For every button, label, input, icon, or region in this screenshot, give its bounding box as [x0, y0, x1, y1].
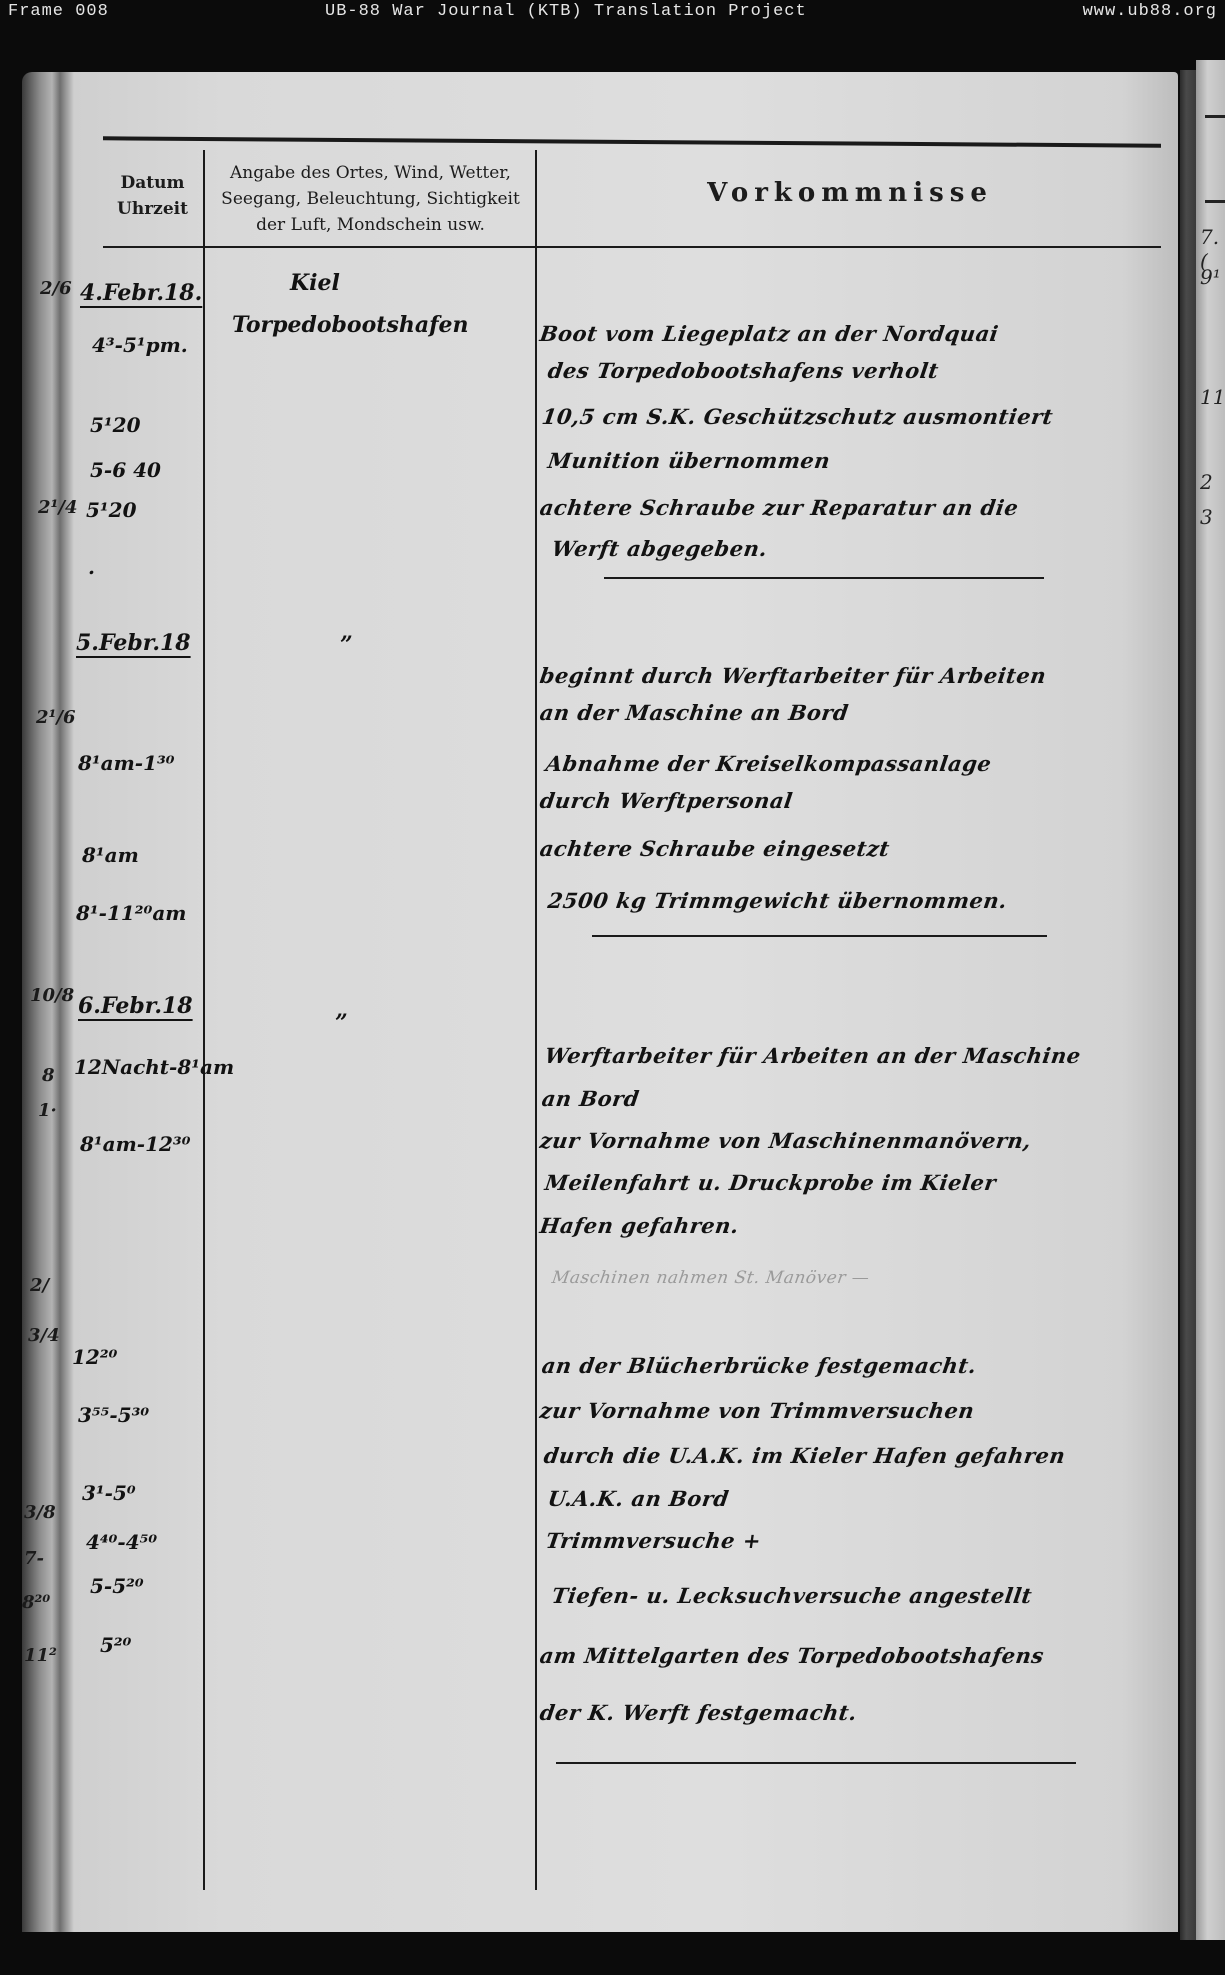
margin-note: 10/8 — [30, 985, 74, 1006]
next-page-fragment: 2 — [1200, 470, 1213, 494]
event-line: Hafen gefahren. — [538, 1213, 740, 1238]
column-header-place: Angabe des Ortes, Wind, Wetter, Seegang,… — [208, 160, 533, 238]
next-page-fragment: 11 — [1200, 385, 1225, 409]
entry-time: 8¹-11²⁰am — [76, 901, 186, 925]
margin-note: 11² — [24, 1645, 57, 1666]
entry-time: 3⁵⁵-5³⁰ — [78, 1403, 149, 1427]
column-divider-place — [535, 150, 537, 1890]
entry-time: 8¹am-1³⁰ — [78, 751, 175, 775]
event-line: U.A.K. an Bord — [546, 1486, 730, 1511]
event-line: achtere Schraube eingesetzt — [538, 836, 891, 861]
margin-note: 1· — [38, 1100, 57, 1121]
margin-note: 3/4 — [28, 1325, 60, 1346]
frame-header-bar: Frame 008 UB-88 War Journal (KTB) Transl… — [0, 0, 1225, 28]
event-line: durch die U.A.K. im Kieler Hafen gefahre… — [542, 1443, 1067, 1468]
entry-separator — [556, 1762, 1076, 1764]
margin-note: 2/ — [30, 1275, 49, 1296]
frame-number: Frame 008 — [8, 2, 109, 21]
entry-time: 8¹am-12³⁰ — [80, 1132, 190, 1156]
entry-time: 5²⁰ — [100, 1633, 131, 1657]
event-line: Munition übernommen — [546, 448, 832, 473]
entry-time: . — [88, 555, 95, 579]
entry-place: Kiel — [290, 270, 340, 296]
event-line: Trimmversuche + — [544, 1528, 763, 1553]
event-line: Meilenfahrt u. Druckprobe im Kieler — [543, 1170, 998, 1195]
book-binding — [1180, 70, 1196, 1940]
event-line: Werft abgegeben. — [550, 536, 769, 561]
entry-time: 12²⁰ — [72, 1345, 117, 1369]
event-line: am Mittelgarten des Torpedobootshafens — [538, 1643, 1045, 1668]
header-place-line: der Luft, Mondschein usw. — [208, 212, 533, 238]
next-page-rule — [1205, 115, 1225, 118]
entry-place-ditto: ” — [335, 1010, 348, 1036]
margin-note: 8²⁰ — [22, 1592, 50, 1613]
entry-time: 3¹-5⁰ — [82, 1481, 136, 1505]
event-line: zur Vornahme von Trimmversuchen — [538, 1398, 976, 1423]
header-place-line: Seegang, Beleuchtung, Sichtigkeit — [208, 186, 533, 212]
entry-time: 8¹am — [82, 843, 139, 867]
table-header-rule — [103, 246, 1161, 248]
margin-note: 7- — [24, 1548, 44, 1569]
header-datum-label: Datum — [105, 170, 200, 196]
event-line: zur Vornahme von Maschinenmanövern, — [538, 1128, 1033, 1153]
entry-separator — [604, 577, 1044, 579]
entry-time: 5-5²⁰ — [90, 1574, 144, 1598]
margin-note: 2¹/4 — [38, 497, 78, 518]
project-url: www.ub88.org — [1083, 2, 1217, 21]
entry-place: Torpedobootshafen — [232, 312, 469, 338]
event-line: Abnahme der Kreiselkompassanlage — [544, 751, 993, 776]
entry-time: 5¹20 — [90, 413, 141, 437]
margin-note: 3/8 — [24, 1502, 56, 1523]
entry-time: 4⁴⁰-4⁵⁰ — [86, 1530, 157, 1554]
column-header-datum: Datum Uhrzeit — [105, 170, 200, 222]
margin-note: 2¹/6 — [36, 707, 76, 728]
next-page-fragment: 9¹ — [1200, 265, 1221, 289]
event-line: der K. Werft festgemacht. — [538, 1700, 859, 1725]
project-title: UB-88 War Journal (KTB) Translation Proj… — [325, 2, 807, 21]
event-line: an der Blücherbrücke festgemacht. — [540, 1353, 978, 1378]
entry-date: 6.Febr.18 — [78, 993, 193, 1019]
margin-note: 8 — [42, 1065, 55, 1086]
entry-time: 5¹20 — [86, 498, 137, 522]
margin-note: 2/6 — [40, 278, 72, 299]
header-uhrzeit-label: Uhrzeit — [105, 196, 200, 222]
entry-date: 5.Febr.18 — [76, 630, 191, 656]
header-place-line: Angabe des Ortes, Wind, Wetter, — [208, 160, 533, 186]
event-line: achtere Schraube zur Reparatur an die — [538, 495, 1020, 520]
entry-separator — [592, 935, 1047, 937]
event-line: des Torpedobootshafens verholt — [546, 358, 940, 383]
column-divider-datum — [203, 150, 205, 1890]
event-line: Werftarbeiter für Arbeiten an der Maschi… — [543, 1043, 1082, 1068]
event-line: 10,5 cm S.K. Geschützschutz ausmontiert — [540, 404, 1055, 429]
entry-time: 4³-5¹pm. — [92, 333, 188, 357]
event-line-erased: Maschinen nahmen St. Manöver — — [551, 1268, 871, 1288]
event-line: Tiefen- u. Lecksuchversuche angestellt — [550, 1583, 1034, 1608]
entry-date: 4.Febr.18. — [80, 280, 202, 306]
column-header-vorkommnisse: Vorkommnisse — [540, 178, 1160, 208]
event-line: 2500 kg Trimmgewicht übernommen. — [546, 888, 1009, 913]
entry-time: 12Nacht-8¹am — [74, 1055, 234, 1079]
next-page-edge — [1196, 60, 1225, 1940]
event-line: beginnt durch Werftarbeiter für Arbeiten — [538, 663, 1048, 688]
event-line: an der Maschine an Bord — [538, 700, 850, 725]
next-page-fragment: 3 — [1200, 505, 1213, 529]
entry-time: 5-6 40 — [90, 458, 161, 482]
entry-place-ditto: ” — [340, 632, 353, 658]
event-line: durch Werftpersonal — [538, 788, 794, 813]
event-line: an Bord — [540, 1086, 641, 1111]
next-page-rule — [1205, 200, 1225, 203]
event-line: Boot vom Liegeplatz an der Nordquai — [538, 321, 1000, 346]
